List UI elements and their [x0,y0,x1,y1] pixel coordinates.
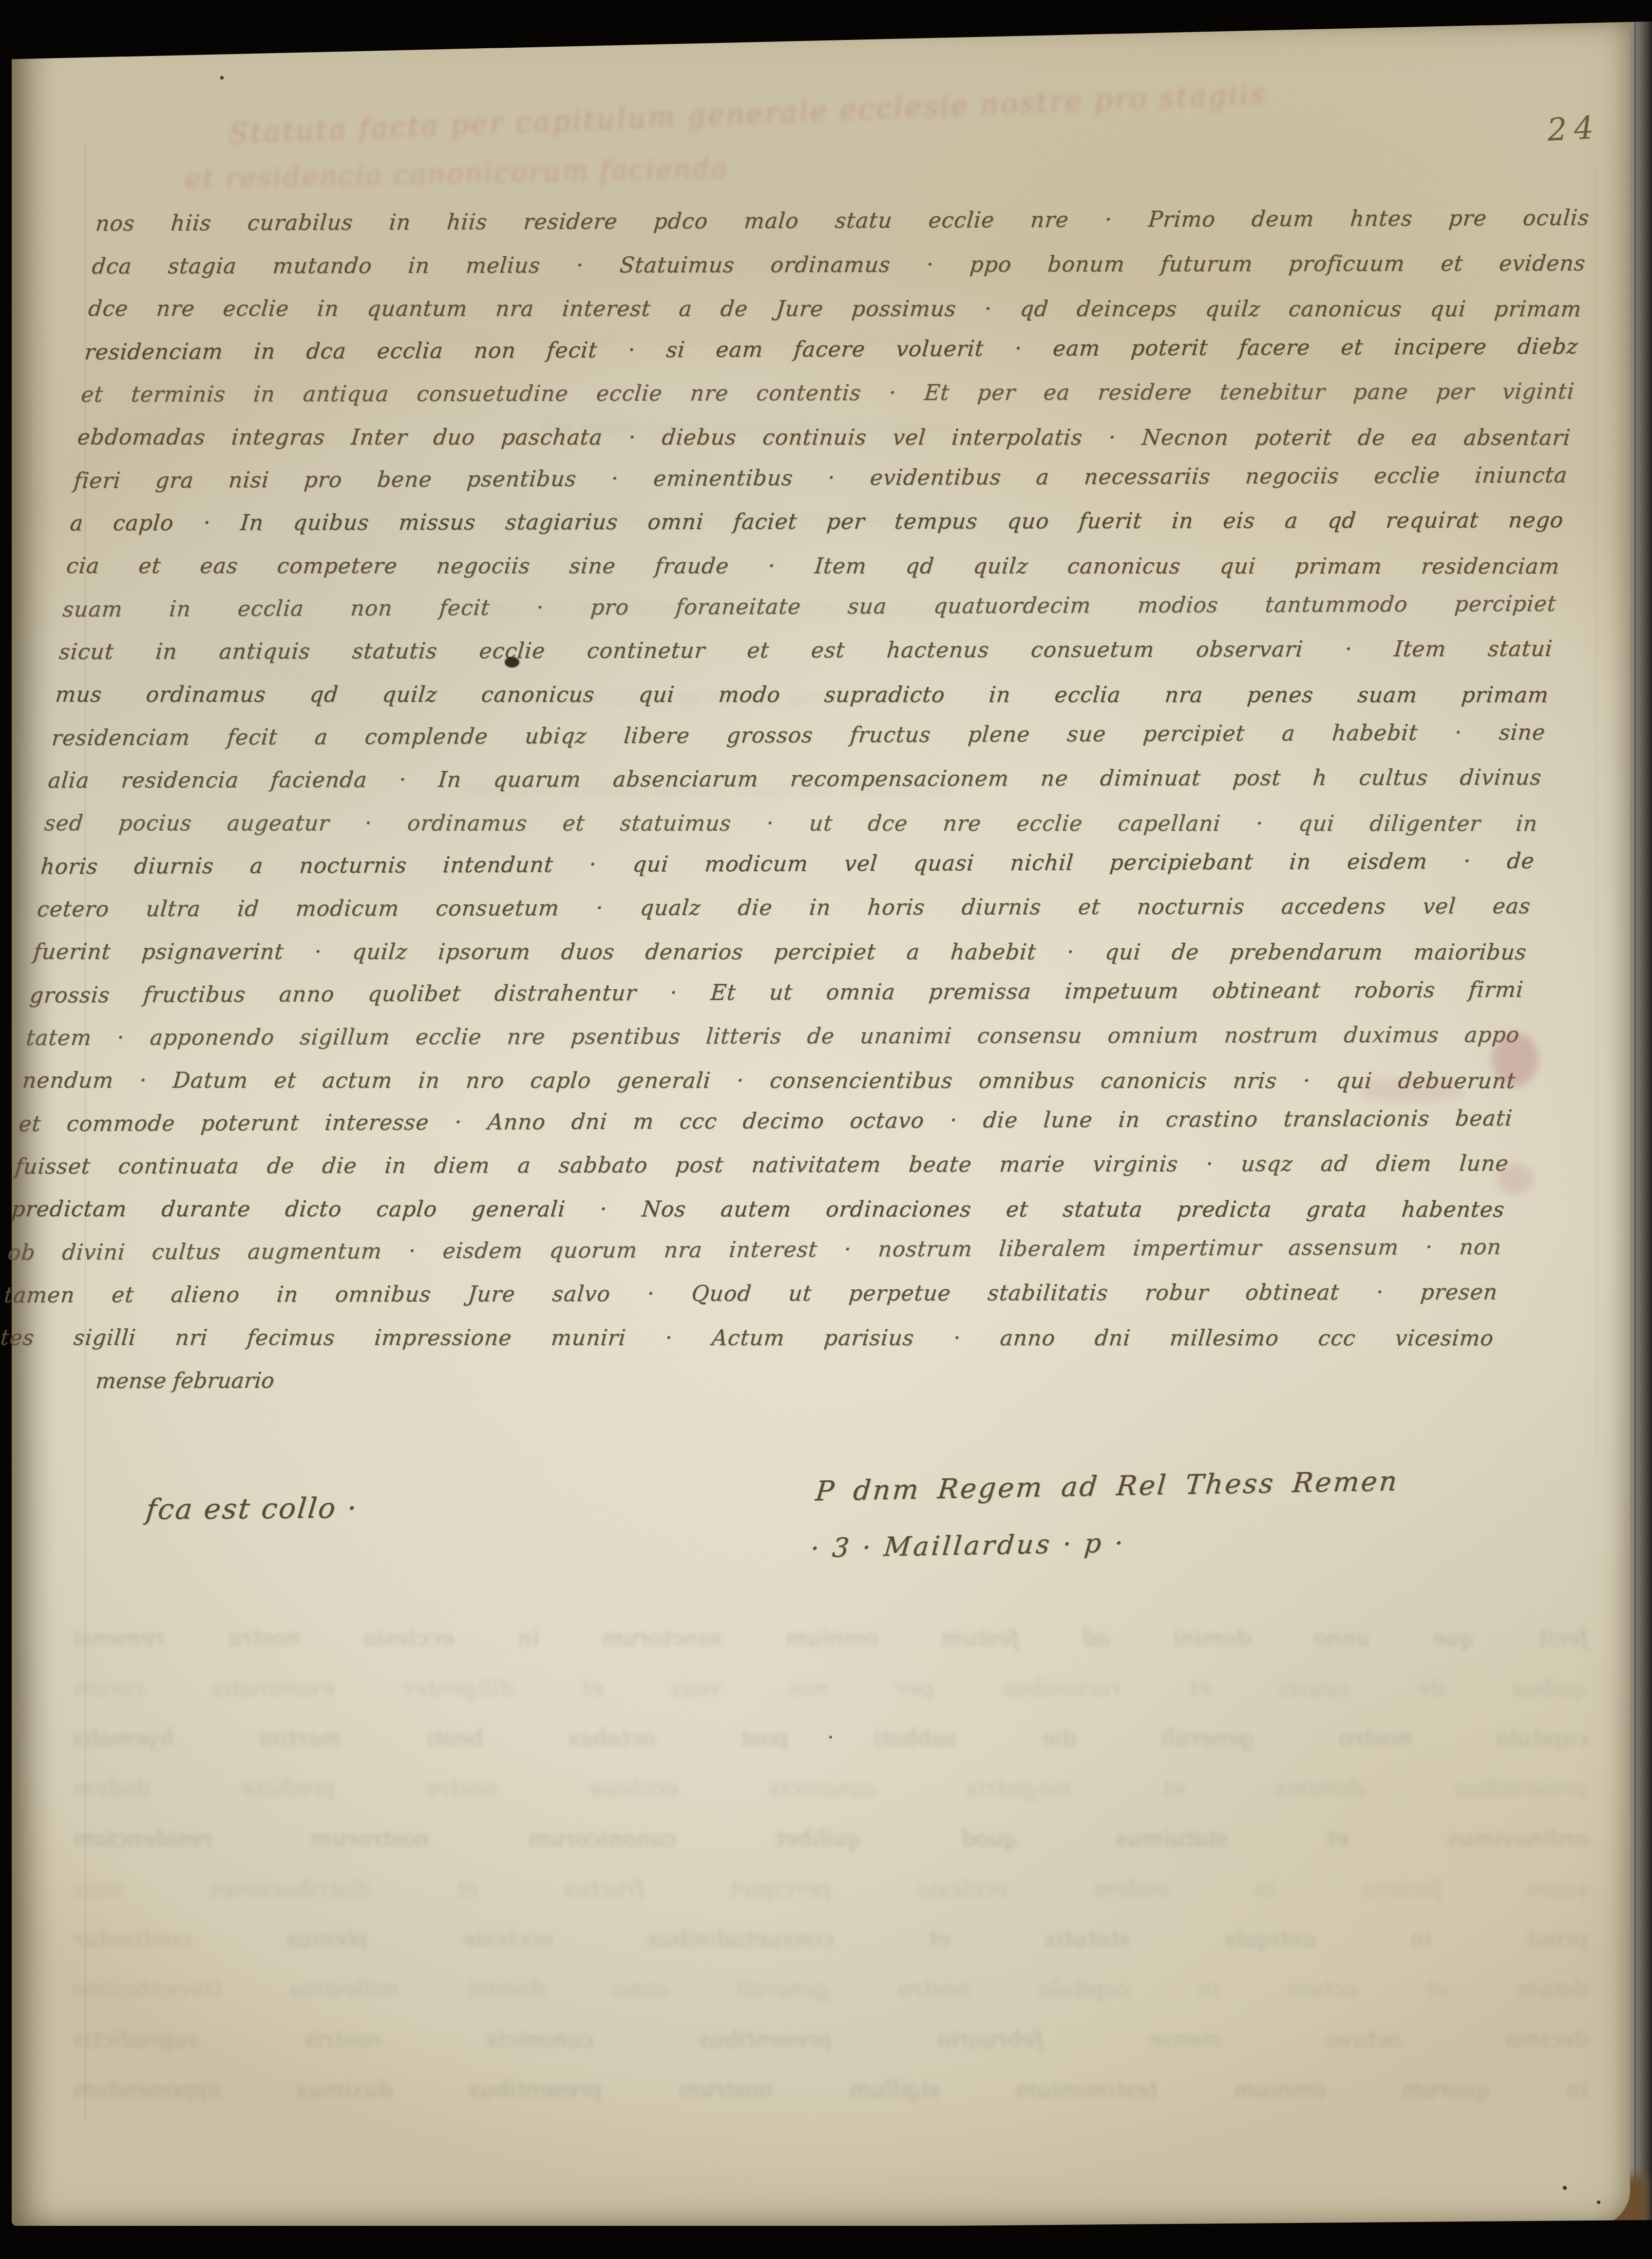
speck [1563,2186,1567,2190]
manuscript-line: grossis fructibus anno quolibet distrahe… [28,969,1525,1017]
manuscript-line: residenciam in dca ecclia non fecit · si… [83,325,1580,374]
speck [1597,2201,1600,2204]
speck [220,76,224,79]
manuscript-line: alia residencia facienda · In quarum abs… [46,757,1543,803]
manuscript-line: ebdomadas integras Inter duo paschata · … [76,416,1573,459]
manuscript-line: fuisset continuata de die in diem a sabb… [13,1143,1510,1188]
manuscript-line: sed pocius augeatur · ordinamus et statu… [42,802,1539,845]
manuscript-last-line-wrap: mense februario [94,1357,1591,1403]
manuscript-line: et terminis in antiqua consuetudine eccl… [79,371,1576,417]
manuscript-line: fuerint psignaverint · quilz ipsorum duo… [32,931,1529,974]
manuscript-line: predictam durante dicto caplo generali ·… [10,1188,1507,1231]
bleedthrough-line: prout in antiquis statutis et consuetudi… [71,1914,1590,1964]
manuscript-line: mense februario [94,1357,1591,1403]
manuscript-line: suam in ecclia non fecit · pro foraneita… [61,583,1558,632]
red-ink-smudge [1359,1078,1462,1102]
manuscript-line: nos hiis curabilus in hiis residere pdco… [94,197,1591,246]
manuscript-line: cetero ultra id modicum consuetum · qual… [35,885,1532,931]
bleedthrough-line: fecit que anno domini ad festum omnium s… [71,1613,1590,1663]
manuscript-photograph: et in eadem ecclesia nostra remensi per … [0,0,1652,2259]
verso-bleedthrough-block: fecit que anno domini ad festum omnium s… [73,1613,1588,2115]
ink-blot [505,657,519,668]
bleedthrough-line: presentibus dominis et magistris canonic… [71,1763,1590,1814]
manuscript-line: tes sigilli nri fecimus impressione muni… [0,1317,1496,1360]
manuscript-line: fieri gra nisi pro bene psentibus · emin… [72,454,1569,503]
manuscript-line: residenciam fecit a complende ubiqz libe… [50,711,1547,760]
manuscript-line: dce nre ecclie in quantum nra interest a… [86,287,1583,331]
ruling-line-right [1596,166,1597,1457]
bleedthrough-line: decimo octavo mense februario presentibu… [71,2014,1590,2065]
manuscript-line: ob divini cultus augmentum · eisdem quor… [6,1226,1503,1275]
manuscript-line: sicut in antiquis statutis ecclie contin… [57,628,1554,674]
manuscript-line: cia et eas competere negociis sine fraud… [64,545,1561,588]
chancery-docket: P dnm Regem ad Rel Thess Remen · 3 · Mai… [809,1466,1400,1564]
manuscript-line: dca stagia mutando in melius · Statuimus… [90,242,1587,288]
manuscript-line: nendum · Datum et actum in nro caplo gen… [20,1059,1518,1103]
bleedthrough-line: datum et actum in capitulo nostro genera… [71,1964,1590,2014]
collation-note: fca est collo · [145,1491,360,1526]
folio-number: 24 [1546,110,1601,149]
bleedthrough-line: in quorum omnium testimonium sigillum no… [71,2065,1590,2115]
manuscript-line: a caplo · In quibus missus stagiarius om… [68,499,1565,545]
manuscript-line: et commode poterunt interesse · Anno dni… [17,1097,1514,1146]
red-ink-smudge [1492,1032,1538,1087]
manuscript-line: tatem · apponendo sigillum ecclie nre ps… [24,1014,1521,1060]
manuscript-text-block: nos hiis curabilus in hiis residere pdco… [0,199,1591,1360]
red-ink-smudge [1497,1164,1534,1195]
manuscript-line: tamen et alieno in omnibus Jure salvo · … [2,1271,1500,1317]
bleedthrough-line: suam faciens in eadem ecclesia percipiet… [71,1864,1590,1914]
speck [829,1736,832,1739]
page-edge-line [1634,19,1636,2227]
manuscript-line: mus ordinamus qd quilz canonicus qui mod… [54,673,1551,717]
bleedthrough-line: quibus de causis et racionibus per nos v… [71,1663,1590,1713]
manuscript-line: horis diurnis a nocturnis intendunt · qu… [39,840,1536,889]
bleedthrough-line: ordinavimus et statuimus quod quilibet c… [71,1814,1590,1864]
